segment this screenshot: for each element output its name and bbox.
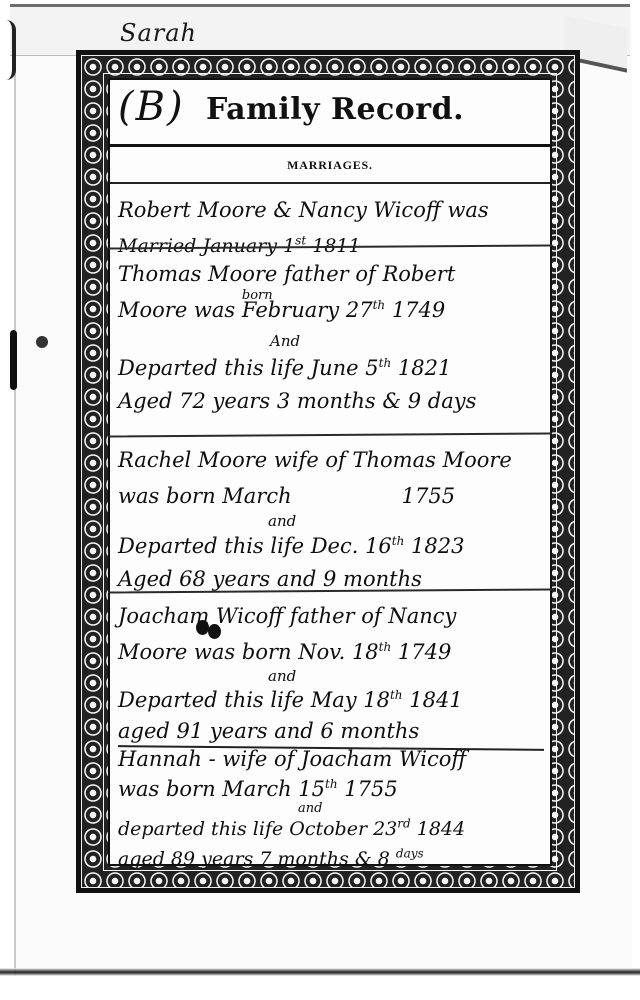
binding-clip (0, 20, 16, 80)
entry-line: Aged 72 years 3 months & 9 days (118, 386, 544, 416)
family-record-panel: (B) Family Record. MARRIAGES. Robert Moo… (108, 78, 552, 866)
ink-spot (36, 336, 48, 348)
entry-line: was born March 15th 1755 (118, 774, 544, 804)
entry-line: Thomas Moore father of Robert (118, 256, 544, 292)
entry-line: Moore was bornFebruary 27th 1749 (118, 292, 544, 332)
entry-line: and (118, 514, 544, 528)
ink-blot (196, 620, 209, 635)
entry-line: And (118, 332, 544, 350)
entry-line: Moore was born Nov. 18th 1749 (118, 634, 544, 670)
entry-joacham-wicoff: Joacham Wicoff father of Nancy Moore was… (118, 598, 544, 744)
entry-line: Rachel Moore wife of Thomas Moore (118, 442, 544, 478)
title-rule (110, 144, 550, 147)
entry-line: Robert Moore & Nancy Wicoff was (118, 192, 544, 228)
volume-letter: (B) (118, 84, 185, 130)
entry-separator (108, 432, 552, 437)
entry-marriage-robert-nancy: Robert Moore & Nancy Wicoff was Married … (118, 192, 544, 264)
entry-thomas-moore: Thomas Moore father of Robert Moore was … (118, 256, 544, 416)
entry-line: Departed this life May 18th 1841 (118, 682, 544, 718)
page-bottom-edge (0, 968, 640, 976)
entry-line: and (118, 670, 544, 682)
entry-line: Hannah - wife of Joacham Wicoff (118, 744, 544, 774)
top-label-strip: Sarah (10, 4, 630, 56)
entry-line: and (118, 804, 544, 814)
entry-line: Departed this life Dec. 16th 1823 (118, 528, 544, 564)
entry-line: Departed this life June 5th 1821 (118, 350, 544, 386)
entry-line: Joacham Wicoff father of Nancy (118, 598, 544, 634)
entry-hannah-wicoff: Hannah - wife of Joacham Wicoff was born… (118, 744, 544, 874)
entry-rachel-moore: Rachel Moore wife of Thomas Moore was bo… (118, 442, 544, 594)
entry-line: departed this life October 23rd 1844 (118, 814, 544, 844)
section-heading: MARRIAGES. (110, 158, 550, 173)
entry-line: aged 89 years 7 months & 8 days (118, 844, 544, 874)
ink-blot (208, 624, 221, 639)
entry-line: aged 91 years and 6 months (118, 718, 544, 744)
page-title: Family Record. (206, 92, 466, 127)
ink-mark (10, 330, 17, 390)
tab-label-name: Sarah (120, 19, 197, 47)
entry-line: was born March1755 (118, 478, 544, 514)
section-rule (110, 182, 550, 184)
